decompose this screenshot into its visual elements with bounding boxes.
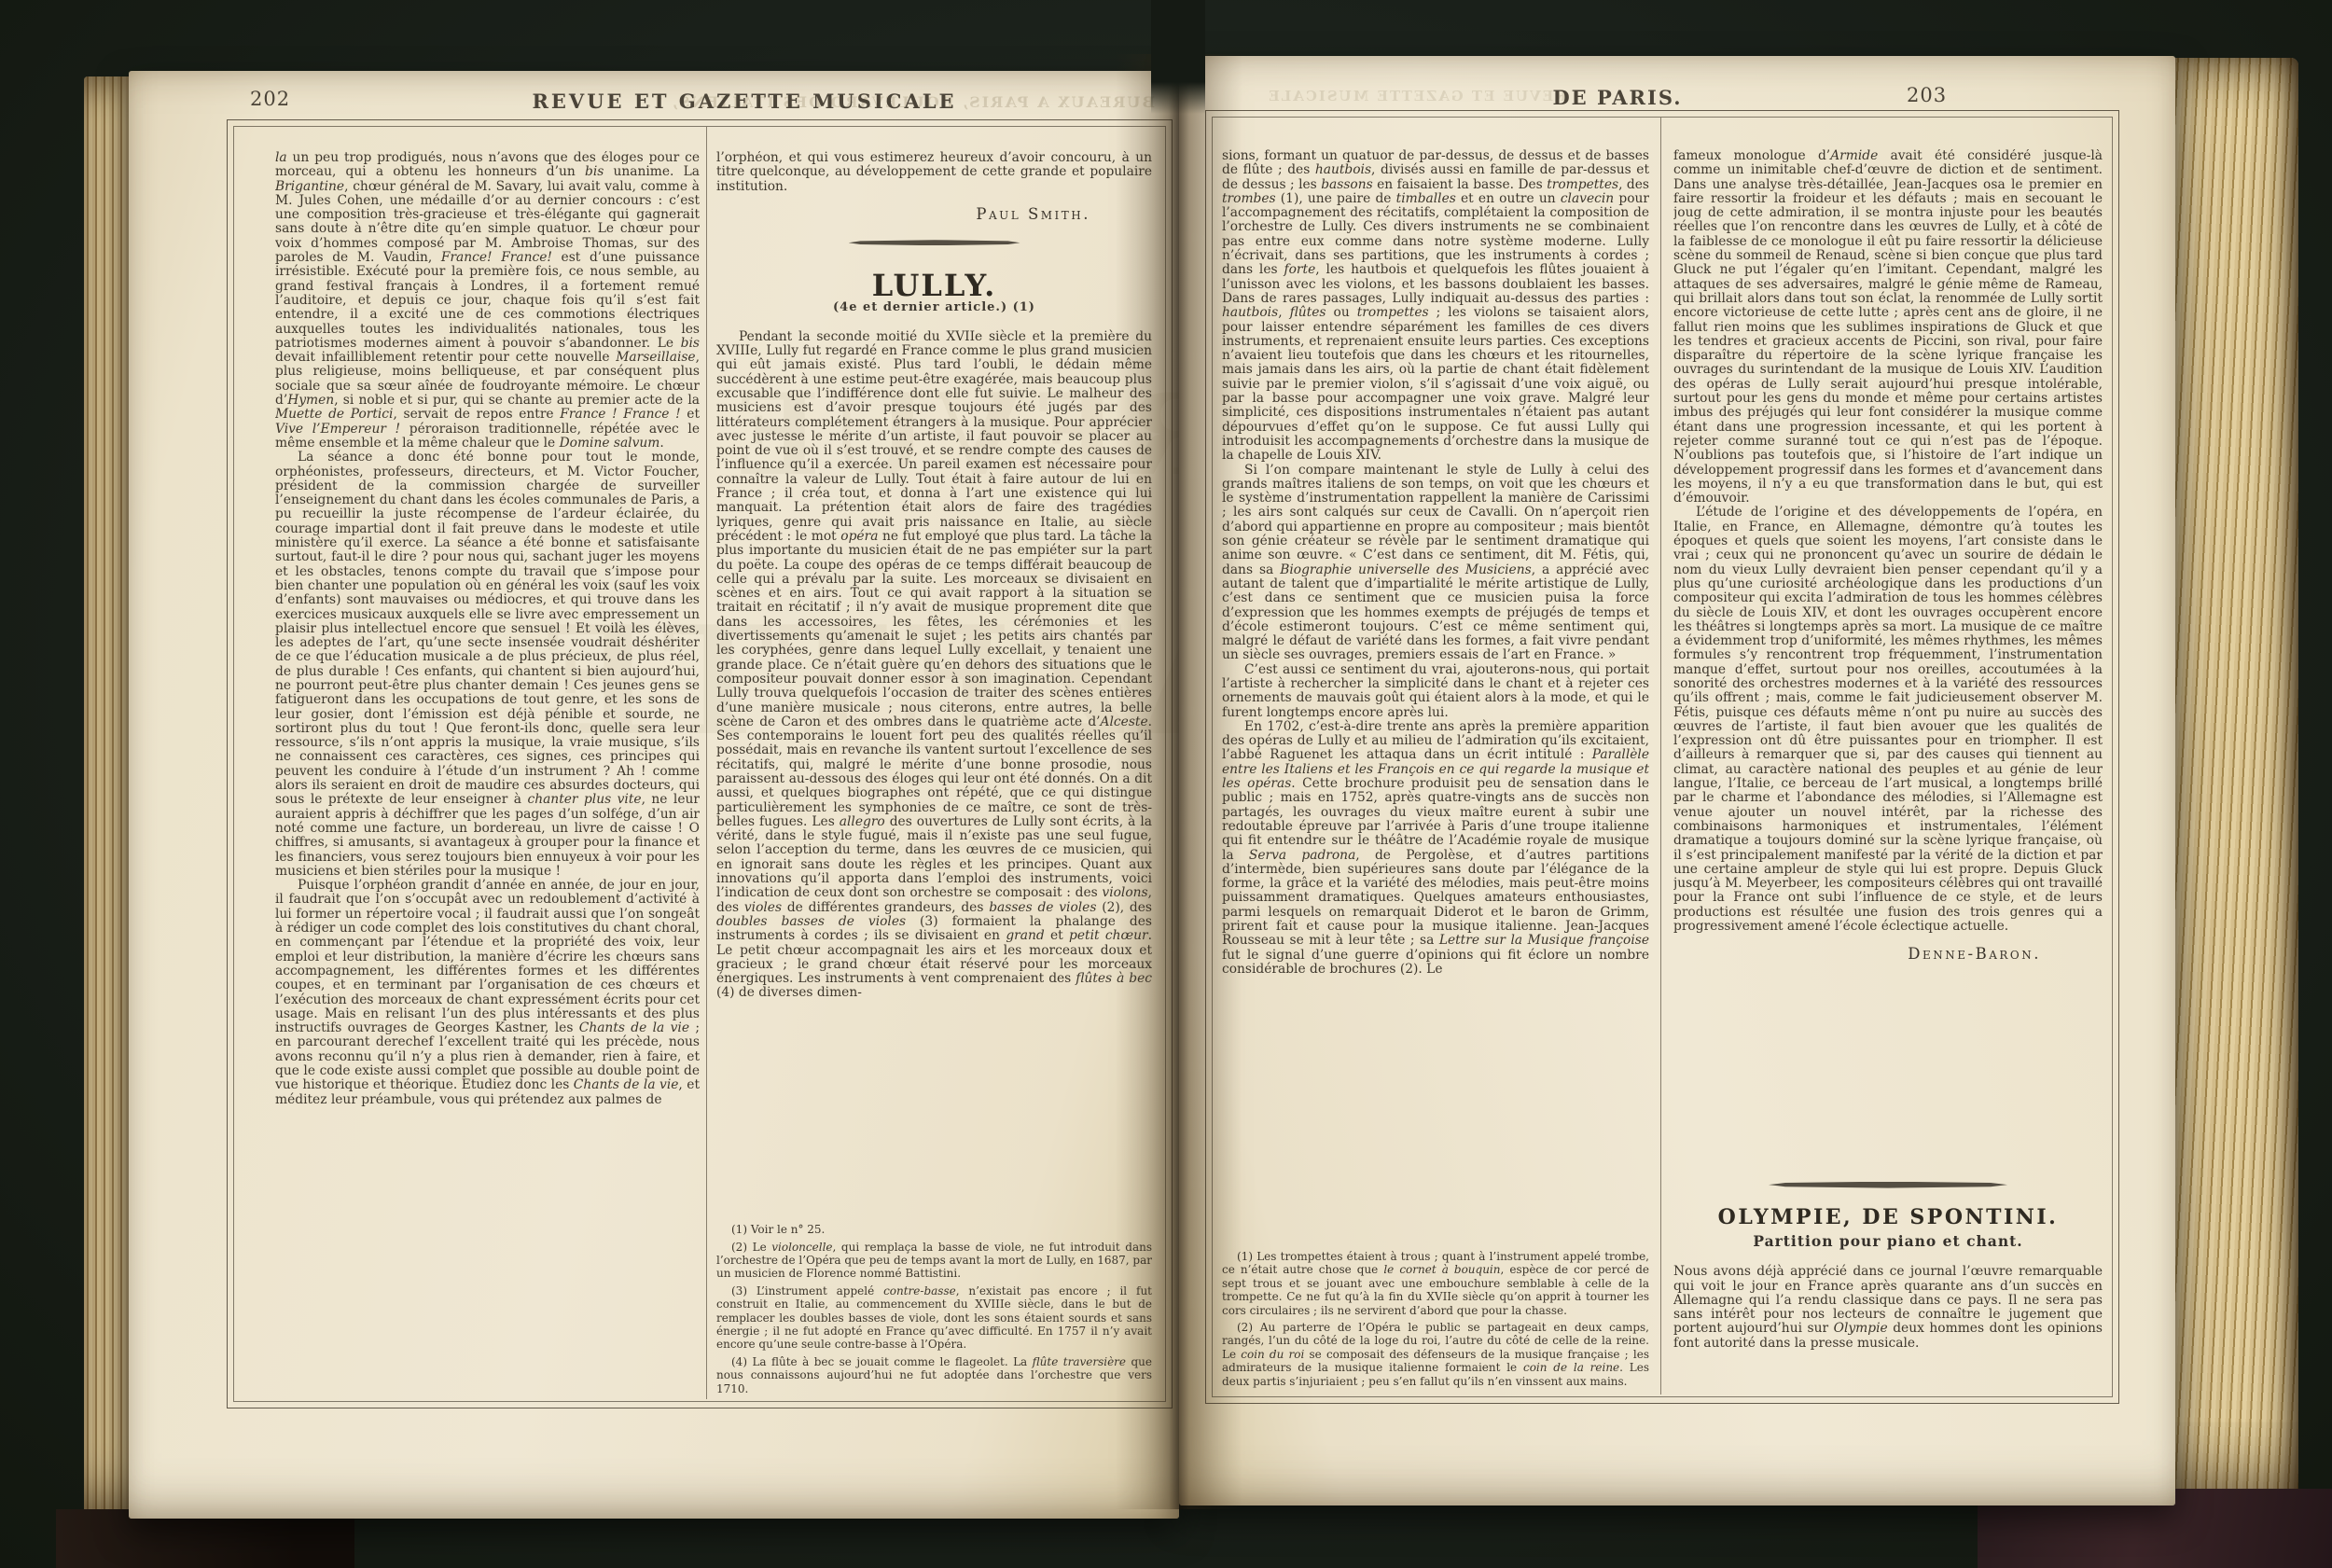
article-subtitle: Partition pour piano et chant.	[1673, 1234, 2103, 1248]
signature-paul-smith: Paul Smith.	[716, 207, 1152, 221]
footnote: (2) Au parterre de l’Opéra le public se …	[1222, 1321, 1649, 1388]
footnotes-block: (1) Voir le n° 25. (2) Le violoncelle, q…	[716, 1212, 1152, 1399]
article-subtitle: (4e et dernier article.) (1)	[716, 300, 1152, 314]
body-paragraph: la un peu trop prodigués, nous n’avons q…	[275, 151, 700, 451]
body-paragraph: Puisque l’orphéon grandit d’année en ann…	[275, 879, 700, 1107]
book-page-stack-left	[84, 76, 131, 1520]
page-number-left: 202	[250, 88, 290, 110]
book-spine-gap	[1151, 0, 1205, 114]
footnotes-block: (1) Les trompettes étaient à trous ; qua…	[1222, 1239, 1649, 1392]
body-paragraph: Pendant la seconde moitié du XVIIe siècl…	[716, 330, 1152, 1001]
body-paragraph: sions, formant un quatuor de par-dessus,…	[1222, 149, 1649, 464]
footnote: (4) La flûte à bec se jouait comme le fl…	[716, 1355, 1152, 1395]
page-number-right: 203	[1907, 84, 1947, 106]
next-article-block: OLYMPIE, DE SPONTINI. Partition pour pia…	[1673, 1163, 2103, 1392]
running-title-left: REVUE ET GAZETTE MUSICALE	[483, 90, 1006, 113]
footnote: (1) Les trompettes étaient à trous ; qua…	[1222, 1250, 1649, 1317]
column-divider	[706, 127, 707, 1399]
body-paragraph: L’étude de l’origine et des développemen…	[1673, 506, 2103, 934]
body-paragraph: Nous avons déjà apprécié dans ce journal…	[1673, 1265, 2103, 1351]
book-scan: BUREAUX A PARIS, BOULEVARD DES ITALIENS,…	[0, 0, 2332, 1568]
footnote: (2) Le violoncelle, qui remplaça la bass…	[716, 1241, 1152, 1281]
article-title-lully: LULLY.	[716, 279, 1152, 293]
left-page-column-1: la un peu trop prodigués, nous n’avons q…	[275, 151, 700, 1399]
footnote: (3) L’instrument appelé contre-basse, n’…	[716, 1284, 1152, 1352]
section-divider-rule	[1769, 1182, 2007, 1188]
body-paragraph: C’est aussi ce sentiment du vrai, ajoute…	[1222, 663, 1649, 720]
section-divider-rule	[849, 240, 1020, 245]
footnote: (1) Voir le n° 25.	[716, 1223, 1152, 1236]
body-paragraph: fameux monologue d’Armide avait été cons…	[1673, 149, 2103, 506]
book-fore-edge-right	[2173, 58, 2298, 1513]
right-page-column-2: fameux monologue d’Armide avait été cons…	[1673, 149, 2103, 1392]
right-page-column-1: sions, formant un quatuor de par-dessus,…	[1222, 149, 1649, 1392]
right-page: REVUE ET GAZETTE MUSICALE DE PARIS. 203 …	[1179, 56, 2175, 1506]
article-title-olympie: OLYMPIE, DE SPONTINI.	[1673, 1211, 2103, 1225]
signature-denne-baron: Denne-Baron.	[1673, 947, 2103, 961]
left-page-column-2: l’orphéon, et qui vous estimerez heureux…	[716, 151, 1152, 1399]
body-paragraph: Si l’on compare maintenant le style de L…	[1222, 464, 1649, 663]
column-divider	[1660, 118, 1661, 1395]
left-page: BUREAUX A PARIS, BOULEVARD DES ITALIENS,…	[129, 71, 1179, 1519]
body-paragraph: La séance a donc été bonne pour tout le …	[275, 451, 700, 879]
body-paragraph: l’orphéon, et qui vous estimerez heureux…	[716, 151, 1152, 194]
running-title-right: DE PARIS.	[1478, 86, 1757, 109]
body-paragraph: En 1702, c’est-à-dire trente ans après l…	[1222, 720, 1649, 977]
